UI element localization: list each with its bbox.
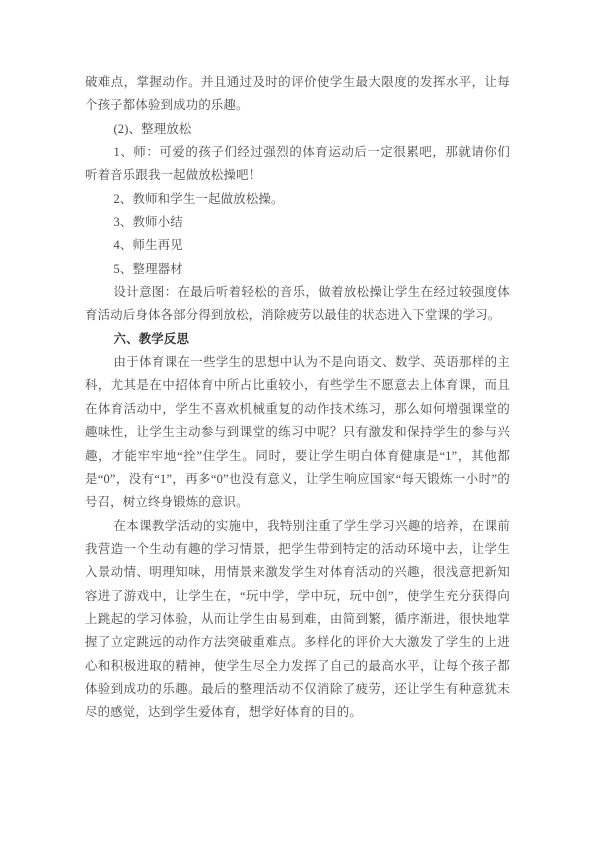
section-heading-teaching-reflection: 六、教学反思 bbox=[85, 328, 510, 351]
list-item-2-relax-exercise: 2、教师和学生一起做放松操。 bbox=[85, 188, 510, 211]
document-page: 破难点，掌握动作。并且通过及时的评价使学生最大限度的发挥水平，让每个孩子都体验到… bbox=[0, 0, 595, 842]
paragraph-reflection-1: 由于体育课在一些学生的思想中认为不是向语文、数学、英语那样的主科，尤其是在中招体… bbox=[85, 351, 510, 514]
list-item-5-equipment: 5、整理器材 bbox=[85, 258, 510, 281]
subheading-organize-relax: (2)、整理放松 bbox=[85, 118, 510, 141]
list-item-1-teacher-speech: 1、师：可爱的孩子们经过强烈的体育运动后一定很累吧，那就请你们听着音乐跟我一起做… bbox=[85, 141, 510, 188]
text-block: 破难点，掌握动作。并且通过及时的评价使学生最大限度的发挥水平，让每个孩子都体验到… bbox=[85, 71, 510, 725]
paragraph-reflection-2: 在本课教学活动的实施中，我特别注重了学生学习兴趣的培养，在课前我营造一个生动有趣… bbox=[85, 515, 510, 725]
paragraph-design-intent: 设计意图：在最后听着轻松的音乐，做着放松操让学生在经过较强度体育活动后身体各部分… bbox=[85, 281, 510, 328]
list-item-3-teacher-summary: 3、教师小结 bbox=[85, 211, 510, 234]
list-item-4-farewell: 4、师生再见 bbox=[85, 234, 510, 257]
paragraph-continuation: 破难点，掌握动作。并且通过及时的评价使学生最大限度的发挥水平，让每个孩子都体验到… bbox=[85, 71, 510, 118]
